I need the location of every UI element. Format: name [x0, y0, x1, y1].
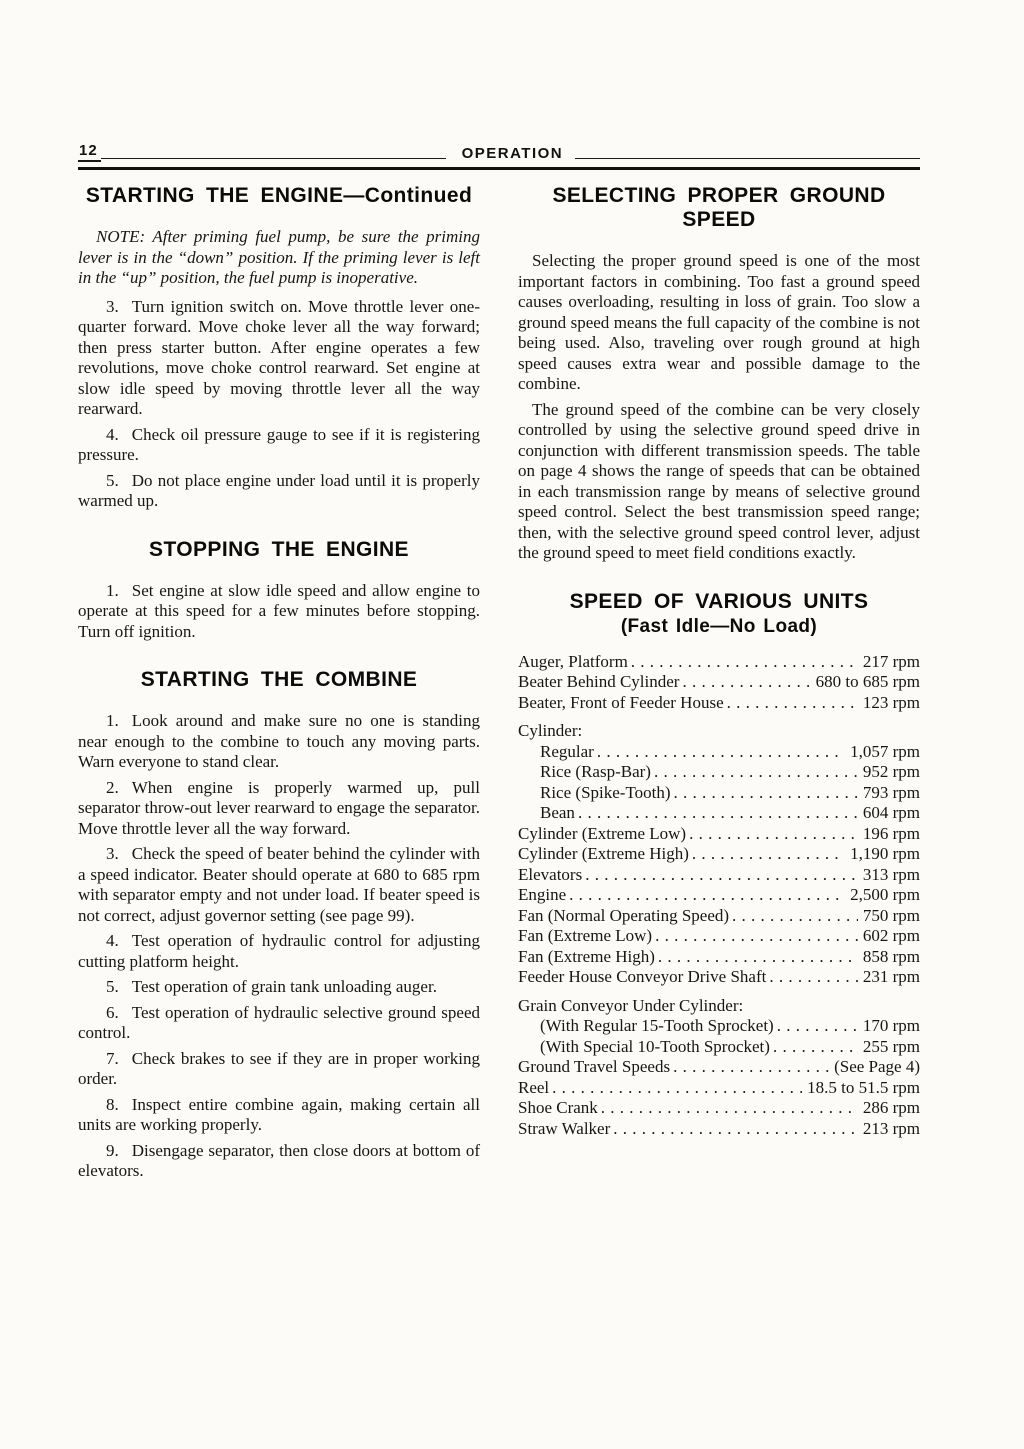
row-label: Cylinder (Extreme High)	[518, 844, 689, 865]
item-number: 1.	[106, 581, 119, 600]
note-paragraph: NOTE: After priming fuel pump, be sure t…	[78, 227, 480, 289]
row-label: Fan (Normal Operating Speed)	[518, 906, 729, 927]
page-columns: STARTING THE ENGINE—Continued NOTE: Afte…	[78, 176, 920, 1187]
dot-leader	[613, 1119, 858, 1140]
row-label: Beater, Front of Feeder House	[518, 693, 724, 714]
header-rule-segment	[575, 158, 920, 159]
dot-leader	[552, 1078, 802, 1099]
table-row: Shoe Crank286 rpm	[518, 1098, 920, 1119]
dot-leader	[631, 652, 858, 673]
dot-leader	[585, 865, 858, 886]
item-text: Do not place engine under load until it …	[78, 471, 480, 511]
row-label: (With Regular 15-Tooth Sprocket)	[518, 1016, 774, 1037]
table-row: Cylinder (Extreme Low)196 rpm	[518, 824, 920, 845]
row-value: 602 rpm	[863, 926, 920, 947]
item-number: 6.	[106, 1003, 119, 1022]
item-text: Check brakes to see if they are in prope…	[78, 1049, 480, 1089]
row-label: Engine	[518, 885, 566, 906]
row-label: Auger, Platform	[518, 652, 628, 673]
table-row: Cylinder (Extreme High)1,190 rpm	[518, 844, 920, 865]
row-value: 1,057 rpm	[850, 742, 920, 763]
table-row: (With Special 10-Tooth Sprocket)255 rpm	[518, 1037, 920, 1058]
item-number: 5.	[106, 471, 119, 490]
page-header-title: OPERATION	[446, 145, 576, 162]
dot-leader	[578, 803, 858, 824]
row-value: 170 rpm	[863, 1016, 920, 1037]
table-group-row: Grain Conveyor Under Cylinder:	[518, 996, 920, 1017]
list-item: 4.Check oil pressure gauge to see if it …	[78, 425, 480, 466]
row-value: 313 rpm	[863, 865, 920, 886]
item-text: When engine is properly warmed up, pull …	[78, 778, 480, 838]
dot-leader	[674, 783, 858, 804]
dot-leader	[727, 693, 858, 714]
row-value: 18.5 to 51.5 rpm	[807, 1078, 920, 1099]
section-subtitle-fast-idle: (Fast Idle—No Load)	[518, 616, 920, 638]
row-value: 793 rpm	[863, 783, 920, 804]
row-label: Rice (Rasp-Bar)	[518, 762, 651, 783]
table-row: Fan (Extreme High)858 rpm	[518, 947, 920, 968]
table-row: Fan (Extreme Low)602 rpm	[518, 926, 920, 947]
row-label: Beater Behind Cylinder	[518, 672, 679, 693]
row-value: 858 rpm	[863, 947, 920, 968]
table-group-row: Cylinder:	[518, 721, 920, 742]
item-number: 5.	[106, 977, 119, 996]
row-label: Cylinder:	[518, 721, 582, 742]
page-number: 12	[78, 142, 101, 162]
list-item: 2.When engine is properly warmed up, pul…	[78, 778, 480, 840]
row-label: Rice (Spike-Tooth)	[518, 783, 671, 804]
section-title-speed-of-units: SPEED OF VARIOUS UNITS	[518, 590, 920, 614]
list-item: 5.Test operation of grain tank unloading…	[78, 977, 480, 998]
row-label: Cylinder (Extreme Low)	[518, 824, 686, 845]
item-text: Disengage separator, then close doors at…	[78, 1141, 480, 1181]
item-number: 2.	[106, 778, 119, 797]
list-item: 8.Inspect entire combine again, making c…	[78, 1095, 480, 1136]
table-row: Regular1,057 rpm	[518, 742, 920, 763]
table-row: Bean604 rpm	[518, 803, 920, 824]
row-value: 255 rpm	[863, 1037, 920, 1058]
page-header: 12 OPERATION	[78, 142, 920, 162]
section-title-stopping-engine: STOPPING THE ENGINE	[78, 538, 480, 562]
list-item: 9.Disengage separator, then close doors …	[78, 1141, 480, 1182]
item-number: 4.	[106, 931, 119, 950]
dot-leader	[732, 906, 858, 927]
item-number: 3.	[106, 844, 119, 863]
list-item: 6.Test operation of hydraulic selective …	[78, 1003, 480, 1044]
row-value: 2,500 rpm	[850, 885, 920, 906]
list-item: 5.Do not place engine under load until i…	[78, 471, 480, 512]
dot-leader	[682, 672, 810, 693]
item-number: 4.	[106, 425, 119, 444]
dot-leader	[658, 947, 858, 968]
dot-leader	[673, 1057, 829, 1078]
list-item: 3.Turn ignition switch on. Move throttle…	[78, 297, 480, 420]
list-item: 1.Look around and make sure no one is st…	[78, 711, 480, 773]
right-column: SELECTING PROPER GROUND SPEED Selecting …	[518, 176, 920, 1187]
body-paragraph: Selecting the proper ground speed is one…	[518, 251, 920, 395]
row-value: 604 rpm	[863, 803, 920, 824]
row-label: Grain Conveyor Under Cylinder:	[518, 996, 743, 1017]
row-value: 217 rpm	[863, 652, 920, 673]
item-text: Set engine at slow idle speed and allow …	[78, 581, 480, 641]
left-column: STARTING THE ENGINE—Continued NOTE: Afte…	[78, 176, 480, 1187]
item-text: Turn ignition switch on. Move throttle l…	[78, 297, 480, 419]
list-item: 3.Check the speed of beater behind the c…	[78, 844, 480, 926]
table-row: (With Regular 15-Tooth Sprocket)170 rpm	[518, 1016, 920, 1037]
row-value: 286 rpm	[863, 1098, 920, 1119]
table-row: Straw Walker213 rpm	[518, 1119, 920, 1140]
table-row: Reel18.5 to 51.5 rpm	[518, 1078, 920, 1099]
item-number: 3.	[106, 297, 119, 316]
item-text: Test operation of hydraulic selective gr…	[78, 1003, 480, 1043]
row-value: 123 rpm	[863, 693, 920, 714]
dot-leader	[654, 762, 858, 783]
table-row: Engine2,500 rpm	[518, 885, 920, 906]
dot-leader	[773, 1037, 858, 1058]
dot-leader	[692, 844, 845, 865]
section-title-starting-engine: STARTING THE ENGINE—Continued	[78, 184, 480, 208]
row-label: Fan (Extreme High)	[518, 947, 655, 968]
item-number: 1.	[106, 711, 119, 730]
speed-table: Auger, Platform217 rpm Beater Behind Cyl…	[518, 652, 920, 1140]
item-number: 9.	[106, 1141, 119, 1160]
item-number: 7.	[106, 1049, 119, 1068]
header-rule-segment	[101, 158, 446, 159]
section-title-selecting-ground-speed: SELECTING PROPER GROUND SPEED	[518, 184, 920, 232]
row-label: Feeder House Conveyor Drive Shaft	[518, 967, 766, 988]
dot-leader	[769, 967, 858, 988]
header-rule	[78, 167, 920, 170]
table-row: Ground Travel Speeds(See Page 4)	[518, 1057, 920, 1078]
row-label: Regular	[518, 742, 594, 763]
item-number: 8.	[106, 1095, 119, 1114]
item-text: Test operation of hydraulic control for …	[78, 931, 480, 971]
row-label: Fan (Extreme Low)	[518, 926, 652, 947]
row-label: Reel	[518, 1078, 549, 1099]
table-row: Beater Behind Cylinder680 to 685 rpm	[518, 672, 920, 693]
dot-leader	[689, 824, 858, 845]
table-row: Beater, Front of Feeder House123 rpm	[518, 693, 920, 714]
manual-page: 12 OPERATION STARTING THE ENGINE—Continu…	[0, 0, 1024, 1449]
item-text: Check oil pressure gauge to see if it is…	[78, 425, 480, 465]
row-value: 196 rpm	[863, 824, 920, 845]
dot-leader	[569, 885, 845, 906]
row-label: Straw Walker	[518, 1119, 610, 1140]
row-value: 680 to 685 rpm	[816, 672, 920, 693]
table-row: Elevators313 rpm	[518, 865, 920, 886]
row-value: 1,190 rpm	[850, 844, 920, 865]
row-label: Ground Travel Speeds	[518, 1057, 670, 1078]
section-title-starting-combine: STARTING THE COMBINE	[78, 668, 480, 692]
table-row: Rice (Spike-Tooth)793 rpm	[518, 783, 920, 804]
item-text: Look around and make sure no one is stan…	[78, 711, 480, 771]
row-value: (See Page 4)	[834, 1057, 920, 1078]
item-text: Test operation of grain tank unloading a…	[132, 977, 437, 996]
row-label: Elevators	[518, 865, 582, 886]
list-item: 4.Test operation of hydraulic control fo…	[78, 931, 480, 972]
dot-leader	[655, 926, 858, 947]
row-value: 231 rpm	[863, 967, 920, 988]
table-row: Rice (Rasp-Bar)952 rpm	[518, 762, 920, 783]
item-text: Inspect entire combine again, making cer…	[78, 1095, 480, 1135]
row-value: 213 rpm	[863, 1119, 920, 1140]
list-item: 7.Check brakes to see if they are in pro…	[78, 1049, 480, 1090]
body-paragraph: The ground speed of the combine can be v…	[518, 400, 920, 564]
row-label: (With Special 10-Tooth Sprocket)	[518, 1037, 770, 1058]
table-row: Feeder House Conveyor Drive Shaft231 rpm	[518, 967, 920, 988]
row-value: 952 rpm	[863, 762, 920, 783]
table-row: Fan (Normal Operating Speed)750 rpm	[518, 906, 920, 927]
table-row: Auger, Platform217 rpm	[518, 652, 920, 673]
dot-leader	[601, 1098, 858, 1119]
item-text: Check the speed of beater behind the cyl…	[78, 844, 480, 925]
list-item: 1.Set engine at slow idle speed and allo…	[78, 581, 480, 643]
row-value: 750 rpm	[863, 906, 920, 927]
dot-leader	[777, 1016, 858, 1037]
dot-leader	[597, 742, 845, 763]
row-label: Bean	[518, 803, 575, 824]
row-label: Shoe Crank	[518, 1098, 598, 1119]
